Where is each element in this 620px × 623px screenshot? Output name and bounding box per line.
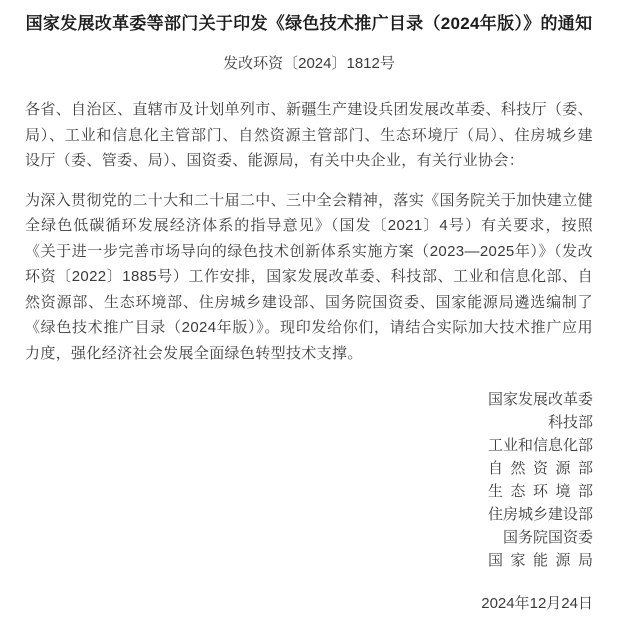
body-paragraph: 为深入贯彻党的二十大和二十届二中、三中全会精神，落实《国务院关于加快建立健全绿色… — [25, 188, 593, 367]
signatory: 国务院国资委 — [25, 526, 593, 549]
recipients-paragraph: 各省、自治区、直辖市及计划单列市、新疆生产建设兵团发展改革委、科技厅（委、局）、… — [25, 97, 593, 174]
signature-block: 国家发展改革委科技部工业和信息化部自然资源部生态环境部住房城乡建设部国务院国资委… — [25, 388, 593, 572]
document-number: 发改环资〔2024〕1812号 — [25, 53, 593, 74]
signatory: 生态环境部 — [25, 480, 593, 503]
signatory: 自然资源部 — [25, 457, 593, 480]
document-date: 2024年12月24日 — [25, 593, 593, 614]
document-title: 国家发展改革委等部门关于印发《绿色技术推广目录（2024年版）》的通知 — [25, 12, 593, 36]
signatory: 科技部 — [25, 411, 593, 434]
signatory: 国家能源局 — [25, 549, 593, 572]
signatory: 国家发展改革委 — [25, 388, 593, 411]
notice-document: 国家发展改革委等部门关于印发《绿色技术推广目录（2024年版）》的通知 发改环资… — [0, 0, 620, 623]
signatory: 住房城乡建设部 — [25, 503, 593, 526]
signatory: 工业和信息化部 — [25, 434, 593, 457]
